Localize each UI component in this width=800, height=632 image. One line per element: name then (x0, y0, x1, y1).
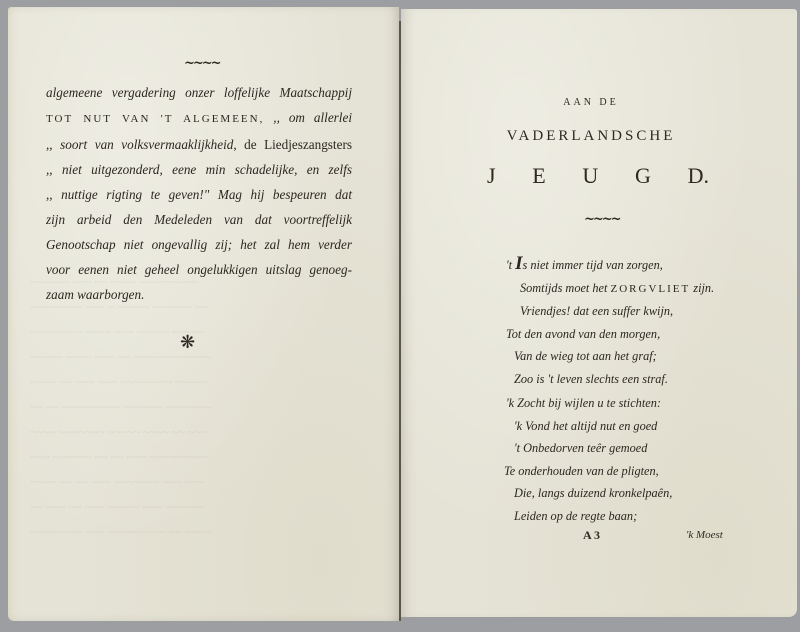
title-line-vaderlandsche: VADERLANDSCHE (393, 128, 789, 145)
drop-cap: I (515, 253, 522, 274)
verse-line: Vriendjes! dat een suffer kwijn, (506, 300, 714, 323)
verse-line: Van de wieg tot aan het graf; (506, 345, 714, 368)
title-line-jeugd: J E U G D. (487, 163, 709, 189)
verse-line: 't Onbedorven teêr gemoed (506, 437, 672, 460)
paragraph-line: voor eenen niet geheel ongelukkigen uits… (46, 257, 352, 282)
paragraph-line: ,, soort van volksvermaaklijkheid, de Li… (46, 132, 352, 157)
verse-line: 't Is niet immer tijd van zorgen, (506, 254, 714, 277)
zorgvliet-smallcaps: ZORGVLIET (611, 283, 691, 295)
left-head-ornament: ~~~~ (184, 56, 220, 71)
paragraph-line: zijn arbeid den Medeleden van dat voortr… (46, 207, 352, 232)
title-letter: G (635, 163, 651, 189)
poem-stanza-2: 'k Zocht bij wijlen u te stichten: 'k Vo… (506, 392, 672, 527)
paragraph-line: TOT NUT VAN 'T ALGEMEEN, ,, om allerlei (46, 105, 352, 132)
asterism-end-mark-icon: ❋ (180, 332, 195, 353)
poem-stanza-1: 't Is niet immer tijd van zorgen, Somtij… (506, 254, 714, 390)
title-letter: E (532, 163, 545, 189)
society-name-smallcaps: TOT NUT VAN 'T ALGEMEEN, (46, 113, 264, 125)
verse-line: 'k Vond het altijd nut en goed (506, 415, 672, 438)
paragraph-line: ,, nuttige rigting te geven!" Mag hij be… (46, 182, 352, 207)
paragraph-line: zaam waarborgen. (46, 282, 352, 307)
verse-line: Somtijds moet het ZORGVLIET zijn. (506, 277, 714, 301)
catchword: 'k Moest (686, 529, 723, 541)
right-head-ornament: ~~~~ (584, 212, 620, 227)
verse-line: 'k Zocht bij wijlen u te stichten: (506, 392, 672, 415)
verse-line: Die, langs duizend kronkelpaên, (506, 482, 672, 505)
verse-line: Te onderhouden van de pligten, (504, 460, 672, 483)
title-letter: J (487, 163, 496, 189)
book-gutter (399, 21, 401, 621)
title-letter: D. (688, 163, 709, 189)
title-line-aan-de: AAN DE (393, 97, 789, 108)
paragraph-line: ,, niet uitgezonderd, eene min schadelij… (46, 157, 352, 182)
verse-line: Leiden op de regte baan; (506, 505, 672, 528)
signature-mark: A 3 (583, 528, 600, 543)
left-page-paragraph: algemeene vergadering onzer loffelijke M… (46, 80, 352, 307)
paragraph-line: algemeene vergadering onzer loffelijke M… (46, 80, 352, 105)
paragraph-line: Genootschap niet ongevallig zij; het zal… (46, 232, 352, 257)
verse-line: Tot den avond van den morgen, (506, 323, 714, 346)
verse-line: Zoo is 't leven slechts een straf. (506, 368, 714, 391)
title-letter: U (582, 163, 598, 189)
